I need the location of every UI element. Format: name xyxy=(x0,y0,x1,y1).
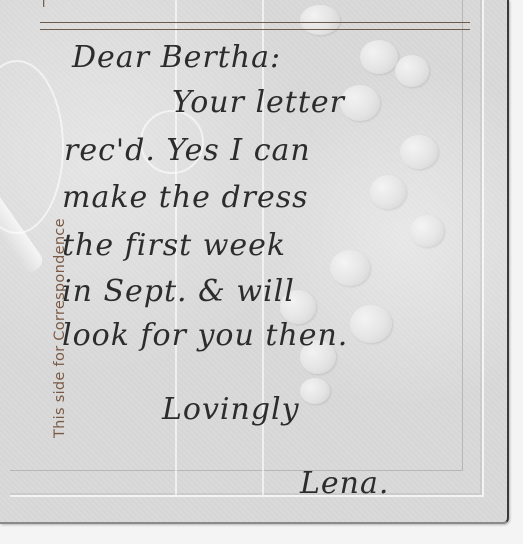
rule-line xyxy=(40,22,470,23)
embossed-flower xyxy=(340,85,380,121)
rule-line xyxy=(40,29,470,30)
header-fragment: T xyxy=(40,0,47,10)
embossed-flower xyxy=(410,215,444,247)
message-line: look for you then. xyxy=(62,318,348,353)
embossed-flower xyxy=(300,378,330,404)
message-line: make the dress xyxy=(62,180,309,215)
salutation: Dear Bertha: xyxy=(72,40,281,75)
embossed-flower xyxy=(395,55,429,87)
embossed-flower xyxy=(300,5,340,35)
closing: Lovingly xyxy=(162,392,300,427)
postcard: T This side for Correspondence Dear Bert… xyxy=(0,0,509,524)
message-line: in Sept. & will xyxy=(62,274,295,309)
signature: Lena. xyxy=(300,466,389,501)
message-line: the first week xyxy=(62,228,286,263)
embossed-flower xyxy=(350,305,392,343)
message-line: rec'd. Yes I can xyxy=(64,133,311,168)
message-line: Your letter xyxy=(172,85,345,120)
embossed-flower xyxy=(370,175,406,209)
embossed-flower xyxy=(400,135,438,169)
embossed-flower xyxy=(360,40,398,74)
embossed-flower xyxy=(330,250,370,286)
